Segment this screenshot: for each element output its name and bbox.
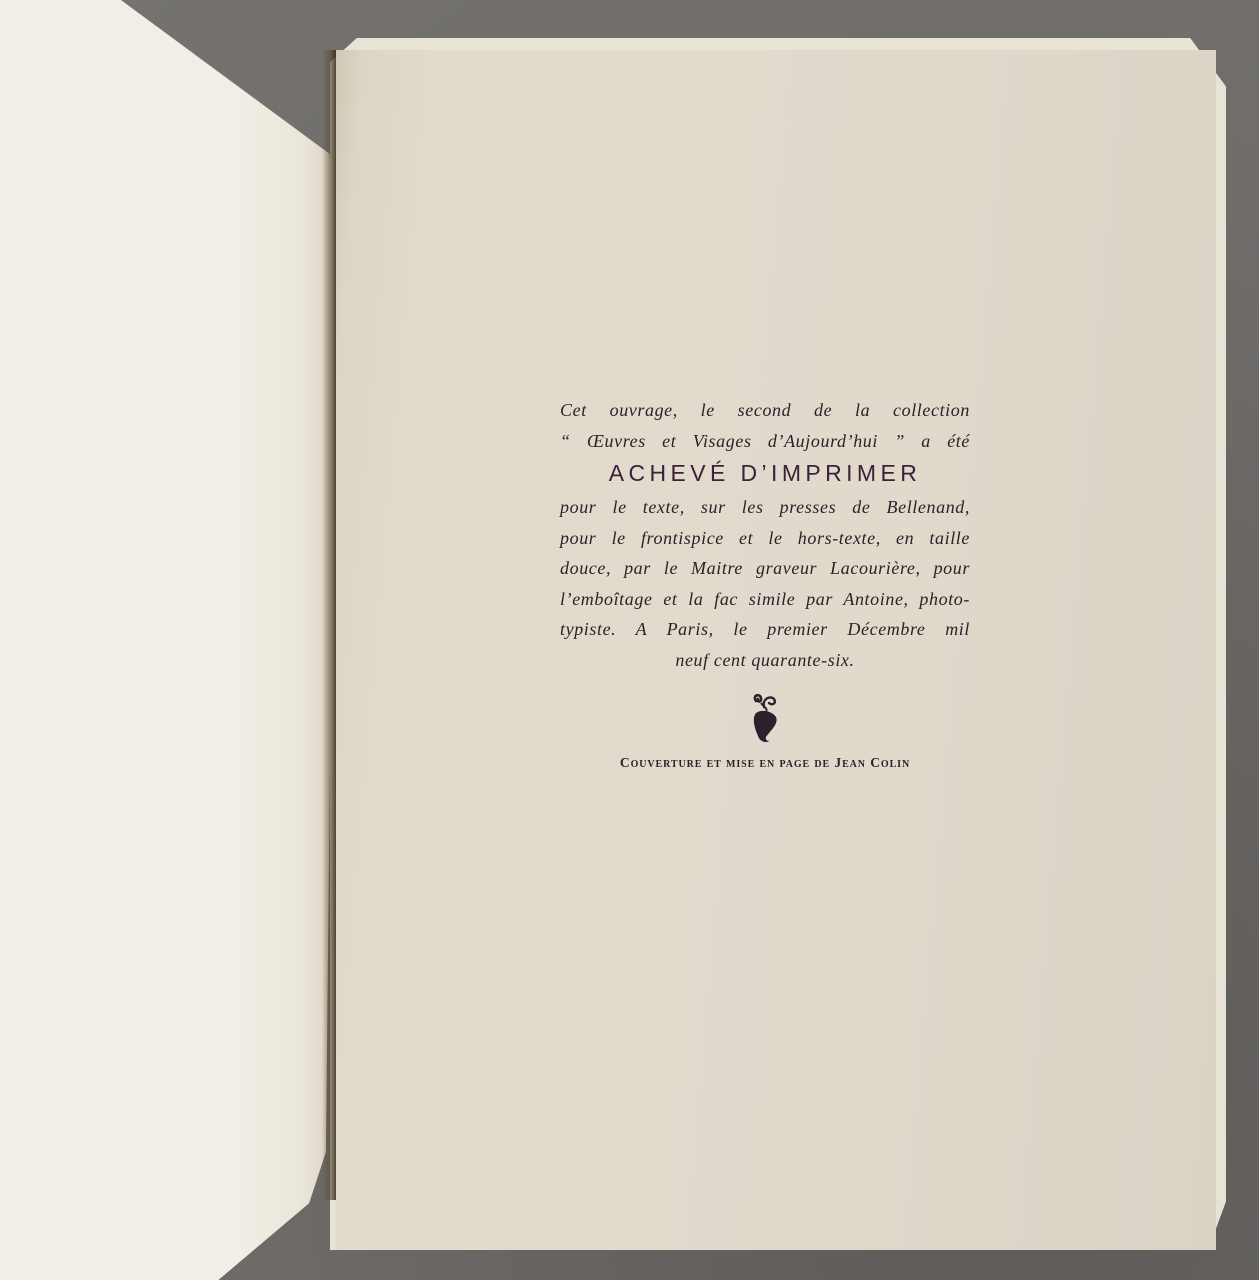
body-line: pour le texte, sur les presses de Bellen…: [560, 492, 970, 523]
book-spine: [322, 50, 336, 1200]
colophon-body: pour le texte, sur les presses de Bellen…: [560, 492, 970, 675]
body-line: pour le frontispice et le hors-texte, en…: [560, 523, 970, 554]
body-line: typiste. A Paris, le premier Décembre mi…: [560, 614, 970, 645]
colophon-block: Cet ouvrage, le second de la collection …: [560, 395, 970, 771]
left-page-blank: [0, 0, 336, 1280]
printer-fleuron-icon: [748, 693, 782, 745]
colophon-intro: Cet ouvrage, le second de la collection …: [560, 395, 970, 456]
body-line: l’emboîtage et la fac simile par Antoine…: [560, 584, 970, 615]
intro-line: “ Œuvres et Visages d’Aujourd’hui ” a ét…: [560, 426, 970, 457]
design-credit: Couverture et mise en page de Jean Colin: [560, 755, 970, 771]
colophon-heading: ACHEVÉ D’IMPRIMER: [560, 458, 970, 488]
intro-line: Cet ouvrage, le second de la collection: [560, 395, 970, 426]
body-line: neuf cent quarante-six.: [560, 645, 970, 676]
body-line: douce, par le Maitre graveur Lacourière,…: [560, 553, 970, 584]
